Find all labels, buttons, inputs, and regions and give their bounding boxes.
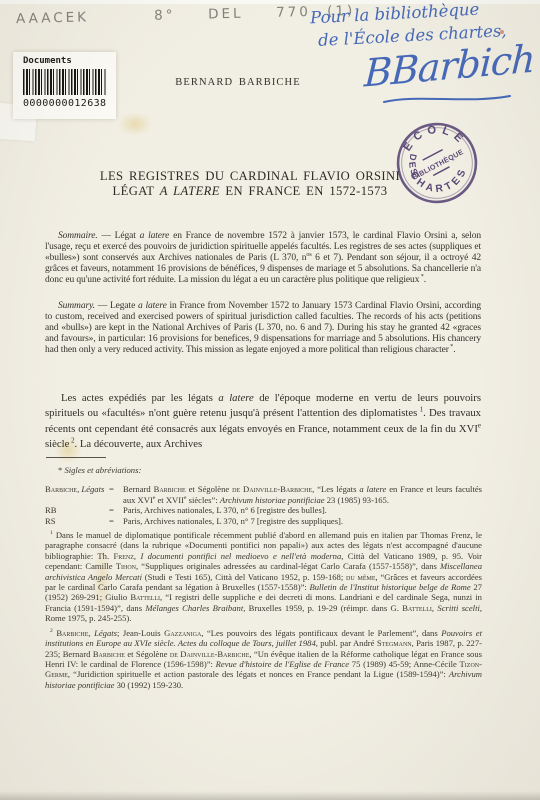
barcode-label-title: Documents (23, 56, 72, 66)
article-title-line-2: LÉGAT A LATERE EN FRANCE EN 1572-1573 (28, 184, 472, 199)
article-title-line-1: LES REGISTRES DU CARDINAL FLAVIO ORSINI (28, 169, 472, 184)
sigle-equals: = (109, 505, 123, 515)
footnote-2: 2 Barbiche, Légats; Jean-Louis Gazzaniga… (45, 628, 482, 690)
body-paragraph: Les actes expédiés par les légats a late… (45, 391, 481, 453)
barcode-label: Documents 0000000012638 (13, 52, 116, 119)
scan-bottom-edge (0, 791, 540, 800)
author-name: BERNARD BARBICHE (150, 77, 326, 88)
signature-underline-flourish (382, 92, 514, 106)
sigle-row: Barbiche, Légats = Bernard Barbiche et S… (45, 484, 482, 505)
sigle-equals: = (109, 484, 123, 505)
sigles-heading: * Sigles et abréviations: (45, 465, 482, 475)
barcode-bars-icon (23, 69, 107, 95)
abstract-english: Summary. — Legate a latere in France fro… (45, 301, 481, 356)
ink-dot (500, 30, 504, 34)
pencil-shelfmark: AAACEK 8° DEL 770 (1) (16, 3, 356, 27)
sigle-label: RS (45, 516, 109, 526)
barcode-number: 0000000012638 (23, 98, 106, 109)
sigle-row: RS = Paris, Archives nationales, L 370, … (45, 516, 482, 526)
footnotes-section: * Sigles et abréviations: Barbiche, Léga… (45, 465, 482, 690)
sigle-definition: Paris, Archives nationales, L 370, n° 7 … (123, 516, 482, 526)
sigle-equals: = (109, 516, 123, 526)
article-title: LES REGISTRES DU CARDINAL FLAVIO ORSINI … (28, 169, 472, 199)
sigle-label: RB (45, 505, 109, 515)
footnote-separator-rule (46, 457, 106, 458)
sigle-definition: Paris, Archives nationales, L 370, n° 6 … (123, 505, 482, 515)
paper-stain (118, 112, 152, 136)
abstract-french: Sommaire. — Légat a latere en France de … (45, 231, 481, 286)
scanned-page: AAACEK 8° DEL 770 (1) Pour la bibliothèq… (0, 0, 540, 800)
footnote-1: 1 Dans le manuel de diplomatique pontifi… (45, 530, 482, 624)
sigle-definition: Bernard Barbiche et Ségolène de Dainvill… (123, 484, 482, 505)
sigle-label: Barbiche, Légats (45, 484, 109, 505)
sigle-row: RB = Paris, Archives nationales, L 370, … (45, 505, 482, 515)
